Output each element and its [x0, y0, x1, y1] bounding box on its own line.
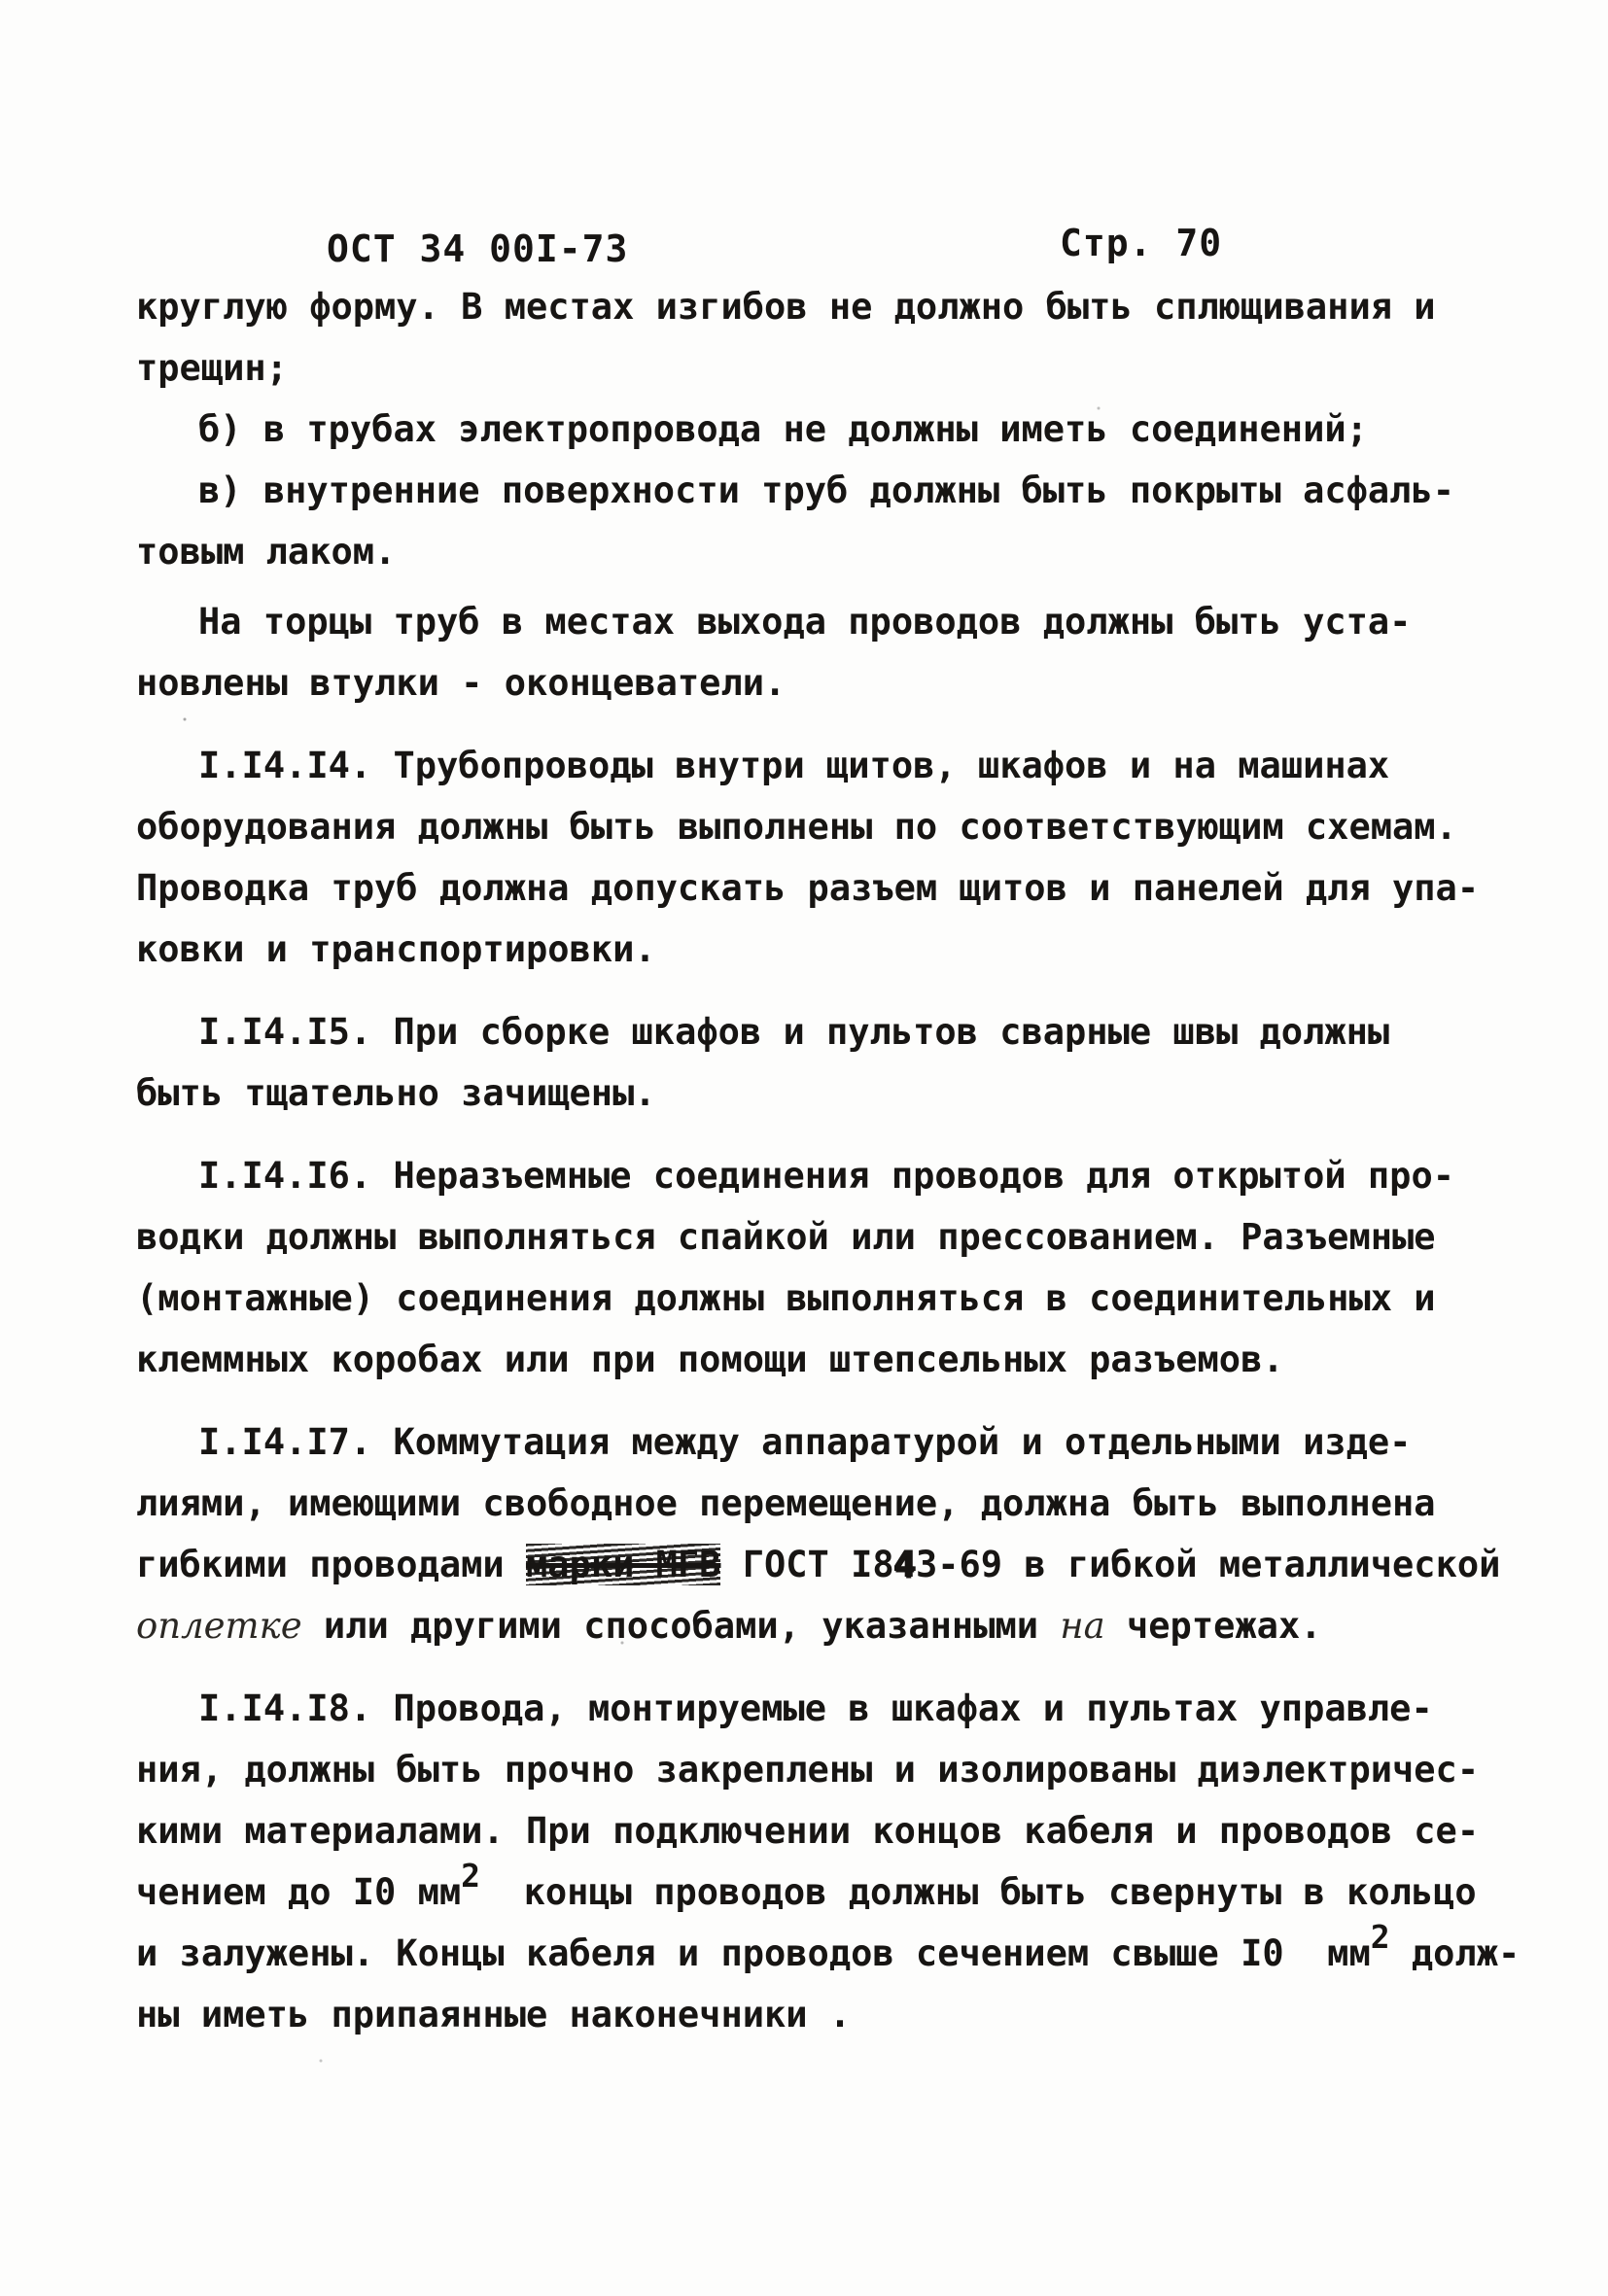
- text-segment: долж-: [1390, 1932, 1521, 1974]
- text-segment: кими материалами. При подключении концов…: [136, 1810, 1479, 1852]
- text-line: ковки и транспортировки.: [136, 919, 1536, 980]
- text-line: в) внутренние поверхности труб должны бы…: [136, 460, 1536, 521]
- document-body: круглую форму. В местах изгибов не должн…: [136, 276, 1536, 2045]
- text-segment: и залужены. Концы кабеля и проводов сече…: [136, 1932, 1371, 1974]
- paragraph: в) внутренние поверхности труб должны бы…: [136, 460, 1536, 582]
- text-segment: I.I4.I5. При сборке шкафов и пультов сва…: [198, 1011, 1389, 1053]
- text-segment: ковки и транспортировки.: [136, 928, 656, 970]
- text-line: I.I4.I6. Неразъемные соединения проводов…: [136, 1145, 1536, 1206]
- document-page: ОСТ 34 00I-73 Стр. 70 круглую форму. В м…: [0, 0, 1608, 2296]
- text-segment: в) внутренние поверхности труб должны бы…: [198, 470, 1454, 511]
- text-line: I.I4.I5. При сборке шкафов и пультов сва…: [136, 1001, 1536, 1062]
- text-segment: (монтажные) соединения должны выполнятьс…: [136, 1277, 1436, 1319]
- doc-number: ОСТ 34 00I-73: [327, 227, 628, 270]
- text-segment: быть тщательно зачищены.: [136, 1072, 656, 1114]
- text-segment: чением до I0 мм: [136, 1871, 461, 1913]
- text-line: и залужены. Концы кабеля и проводов сече…: [136, 1923, 1536, 1984]
- struck-out-text: марки МГВ: [526, 1544, 720, 1585]
- overtyped-text: 4: [894, 1544, 916, 1585]
- paragraph: I.I4.I6. Неразъемные соединения проводов…: [136, 1145, 1536, 1390]
- text-segment: I.I4.I8. Провода, монтируемые в шкафах и…: [198, 1687, 1433, 1729]
- handwritten-correction: на: [1060, 1605, 1104, 1647]
- text-segment: I.I4.I4. Трубопроводы внутри щитов, шкаф…: [198, 745, 1389, 786]
- text-line: гибкими проводами марки МГВ ГОСТ I843-69…: [136, 1534, 1536, 1595]
- text-segment: гибкими проводами: [136, 1544, 526, 1585]
- text-line: круглую форму. В местах изгибов не должн…: [136, 276, 1536, 337]
- handwritten-correction: оплетке: [136, 1605, 302, 1647]
- text-line: I.I4.I8. Провода, монтируемые в шкафах и…: [136, 1678, 1536, 1739]
- text-segment: лиями, имеющими свободное перемещение, д…: [136, 1482, 1436, 1524]
- text-segment: I.I4.I6. Неразъемные соединения проводов…: [198, 1155, 1454, 1197]
- text-segment: оборудования должны быть выполнены по со…: [136, 806, 1457, 848]
- text-line: Проводка труб должна допускать разъем щи…: [136, 857, 1536, 919]
- text-line: клеммных коробах или при помощи штепсель…: [136, 1329, 1536, 1390]
- text-segment: ния, должны быть прочно закреплены и изо…: [136, 1749, 1479, 1791]
- text-segment: новлены втулки - оконцеватели.: [136, 662, 786, 704]
- paragraph: I.I4.I8. Провода, монтируемые в шкафах и…: [136, 1678, 1536, 2045]
- text-segment: водки должны выполняться спайкой или пре…: [136, 1216, 1436, 1258]
- text-segment: товым лаком.: [136, 531, 396, 573]
- text-line: ны иметь припаянные наконечники .: [136, 1984, 1536, 2045]
- text-line: лиями, имеющими свободное перемещение, д…: [136, 1473, 1536, 1534]
- paragraph: На торцы труб в местах выхода проводов д…: [136, 591, 1536, 713]
- text-line: (монтажные) соединения должны выполнятьс…: [136, 1268, 1536, 1329]
- text-line: I.I4.I4. Трубопроводы внутри щитов, шкаф…: [136, 735, 1536, 796]
- text-line: кими материалами. При подключении концов…: [136, 1800, 1536, 1861]
- paragraph: I.I4.I7. Коммутация между аппаратурой и …: [136, 1411, 1536, 1656]
- text-line: б) в трубах электропровода не должны име…: [136, 399, 1536, 460]
- text-line: оплетке или другими способами, указанным…: [136, 1595, 1536, 1656]
- page-number: Стр. 70: [1060, 222, 1222, 264]
- text-line: товым лаком.: [136, 521, 1536, 582]
- text-line: трещин;: [136, 337, 1536, 399]
- text-segment: чертежах.: [1105, 1605, 1322, 1647]
- text-line: новлены втулки - оконцеватели.: [136, 652, 1536, 713]
- paragraph: I.I4.I5. При сборке шкафов и пультов сва…: [136, 1001, 1536, 1124]
- text-segment: I.I4.I7. Коммутация между аппаратурой и …: [198, 1421, 1411, 1463]
- text-line: водки должны выполняться спайкой или пре…: [136, 1206, 1536, 1268]
- paragraph: б) в трубах электропровода не должны име…: [136, 399, 1536, 460]
- text-line: ния, должны быть прочно закреплены и изо…: [136, 1739, 1536, 1800]
- text-segment: трещин;: [136, 347, 288, 389]
- text-line: I.I4.I7. Коммутация между аппаратурой и …: [136, 1411, 1536, 1473]
- text-segment: концы проводов должны быть свернуты в ко…: [480, 1871, 1477, 1913]
- text-segment: На торцы труб в местах выхода проводов д…: [198, 601, 1411, 643]
- text-segment: Проводка труб должна допускать разъем щи…: [136, 867, 1479, 909]
- paragraph: круглую форму. В местах изгибов не должн…: [136, 276, 1536, 399]
- paragraph: I.I4.I4. Трубопроводы внутри щитов, шкаф…: [136, 735, 1536, 980]
- text-segment: или другими способами, указанными: [302, 1605, 1061, 1647]
- text-segment: 3-69 в гибкой металлической: [916, 1544, 1500, 1585]
- text-line: чением до I0 мм2 концы проводов должны б…: [136, 1861, 1536, 1923]
- text-segment: клеммных коробах или при помощи штепсель…: [136, 1339, 1284, 1380]
- text-line: быть тщательно зачищены.: [136, 1062, 1536, 1124]
- text-segment: ГОСТ I8: [720, 1544, 893, 1585]
- text-line: оборудования должны быть выполнены по со…: [136, 796, 1536, 857]
- text-segment: ны иметь припаянные наконечники .: [136, 1994, 851, 2035]
- text-segment: круглую форму. В местах изгибов не должн…: [136, 286, 1436, 328]
- text-line: На торцы труб в местах выхода проводов д…: [136, 591, 1536, 652]
- text-segment: б) в трубах электропровода не должны име…: [198, 408, 1368, 450]
